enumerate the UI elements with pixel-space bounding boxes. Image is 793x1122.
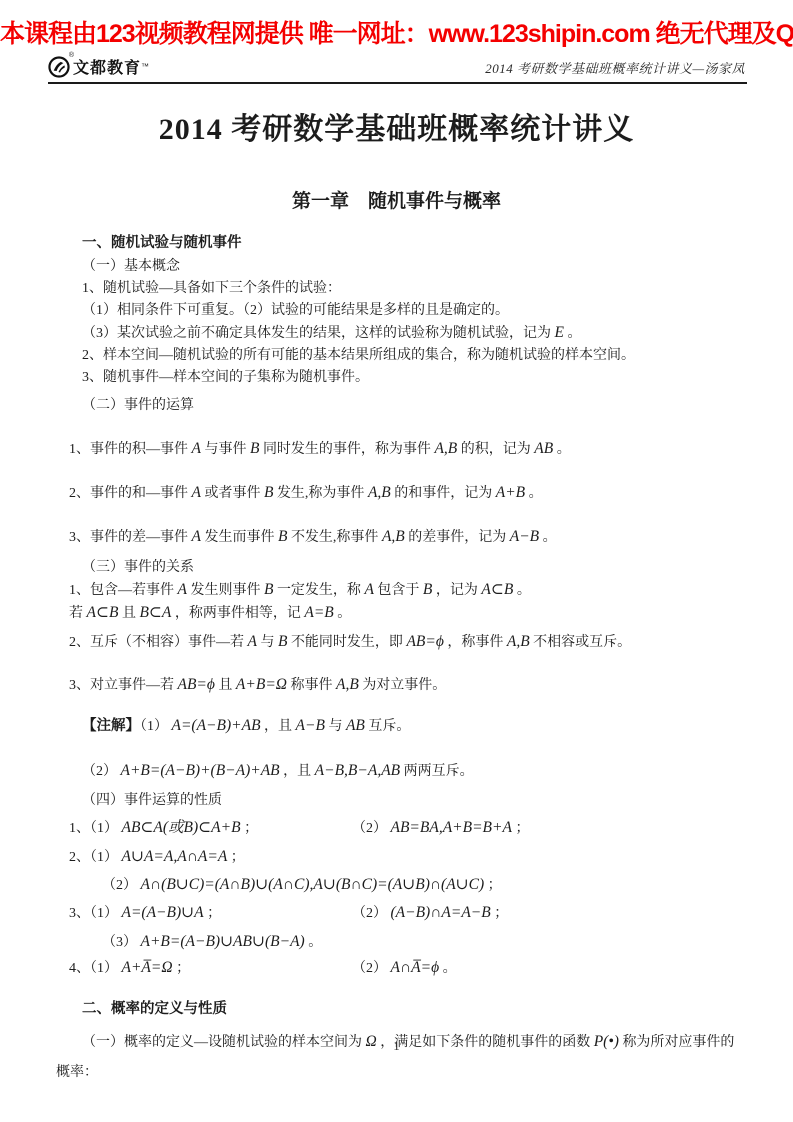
text-line: 2、（1） A∪A=A,A∩A=A ； — [56, 846, 755, 869]
page-header: ® 文都教育 ™ 2014 考研数学基础班概率统计讲义—汤家凤 — [48, 52, 747, 84]
text-line: （2） A∩(B∪C)=(A∩B)∪(A∩C),A∪(B∩C)=(A∪B)∩(A… — [56, 874, 755, 897]
text-line: 概率： — [56, 1062, 755, 1084]
text-line: 【注解】（1） A=(A−B)+AB ，且 A−B 与 AB 互斥。 — [56, 715, 755, 738]
text-line: （三）事件的关系 — [56, 557, 755, 579]
text-line: 4、（1） A+A̅=Ω ；（2） A∩A̅=ϕ 。 — [56, 957, 755, 980]
formula-left: 4、（1） A+A̅=Ω ； — [69, 961, 190, 976]
registered-mark: ® — [69, 52, 74, 59]
text-line: 1、（1） AB⊂A(或B)⊂A+B ；（2） AB=BA,A+B=B+A ； — [56, 817, 755, 840]
text-line: 3、事件的差—事件 A 发生而事件 B 不发生,称事件 A,B 的差事件，记为 … — [56, 526, 755, 549]
text-line: 1、随机试验—具备如下三个条件的试验： — [56, 278, 755, 300]
formula-left: 1、（1） AB⊂A(或B)⊂A+B ； — [69, 821, 258, 836]
text-line: 3、（1） A=(A−B)∪A ；（2） (A−B)∩A=A−B ； — [56, 902, 755, 925]
text-line: 二、概率的定义与性质 — [56, 998, 755, 1020]
text-line: 1、包含—若事件 A 发生则事件 B 一定发生，称 A 包含于 B ，记为 A⊂… — [56, 579, 755, 602]
formula-right: （2） AB=BA,A+B=B+A ； — [352, 817, 529, 840]
note-label: 【注解】 — [82, 718, 140, 734]
text-line: （3） A+B=(A−B)∪AB∪(B−A) 。 — [56, 931, 755, 954]
document-body: 一、随机试验与随机事件（一）基本概念1、随机试验—具备如下三个条件的试验：（1）… — [0, 230, 793, 1084]
header-course-label: 2014 考研数学基础班概率统计讲义—汤家凤 — [485, 58, 745, 77]
logo-text: 文都教育 — [73, 55, 141, 78]
text-line: 1、事件的积—事件 A 与事件 B 同时发生的事件，称为事件 A,B 的积，记为… — [56, 438, 755, 461]
formula-right: （2） (A−B)∩A=A−B ； — [352, 902, 508, 925]
text-line: （2） A+B=(A−B)+(B−A)+AB ，且 A−B,B−A,AB 两两互… — [56, 760, 755, 783]
page-number: 1 — [0, 1038, 793, 1054]
formula-right: （2） A∩A̅=ϕ 。 — [352, 957, 457, 980]
text-line: （一）基本概念 — [56, 256, 755, 278]
text-line: 3、随机事件—样本空间的子集称为随机事件。 — [56, 367, 755, 389]
promo-banner: 本课程由123视频教程网提供 唯一网址：www.123shipin.com 绝无… — [0, 14, 793, 50]
wendu-logo: ® 文都教育 ™ — [48, 55, 149, 78]
text-line: （二）事件的运算 — [56, 395, 755, 417]
text-line: 一、随机试验与随机事件 — [56, 232, 755, 254]
text-line: （3）某次试验之前不确定具体发生的结果，这样的试验称为随机试验，记为 E 。 — [56, 322, 755, 345]
wendu-logo-icon: ® — [48, 56, 70, 78]
text-line: 3、对立事件—若 AB=ϕ 且 A+B=Ω 称事件 A,B 为对立事件。 — [56, 674, 755, 697]
text-line: 若 A⊂B 且 B⊂A ，称两事件相等，记 A=B 。 — [56, 602, 755, 625]
text-line: （1）相同条件下可重复。（2）试验的可能结果是多样的且是确定的。 — [56, 300, 755, 322]
text-line: 2、样本空间—随机试验的所有可能的基本结果所组成的集合，称为随机试验的样本空间。 — [56, 345, 755, 367]
text-line: 2、互斥（不相容）事件—若 A 与 B 不能同时发生，即 AB=ϕ ，称事件 A… — [56, 631, 755, 654]
formula-left: 3、（1） A=(A−B)∪A ； — [69, 906, 221, 921]
text-line: （四）事件运算的性质 — [56, 790, 755, 812]
text-line: 2、事件的和—事件 A 或者事件 B 发生,称为事件 A,B 的和事件，记为 A… — [56, 482, 755, 505]
chapter-heading: 第一章 随机事件与概率 — [0, 186, 793, 213]
document-title: 2014 考研数学基础班概率统计讲义 — [0, 104, 793, 148]
trademark-mark: ™ — [141, 62, 149, 71]
